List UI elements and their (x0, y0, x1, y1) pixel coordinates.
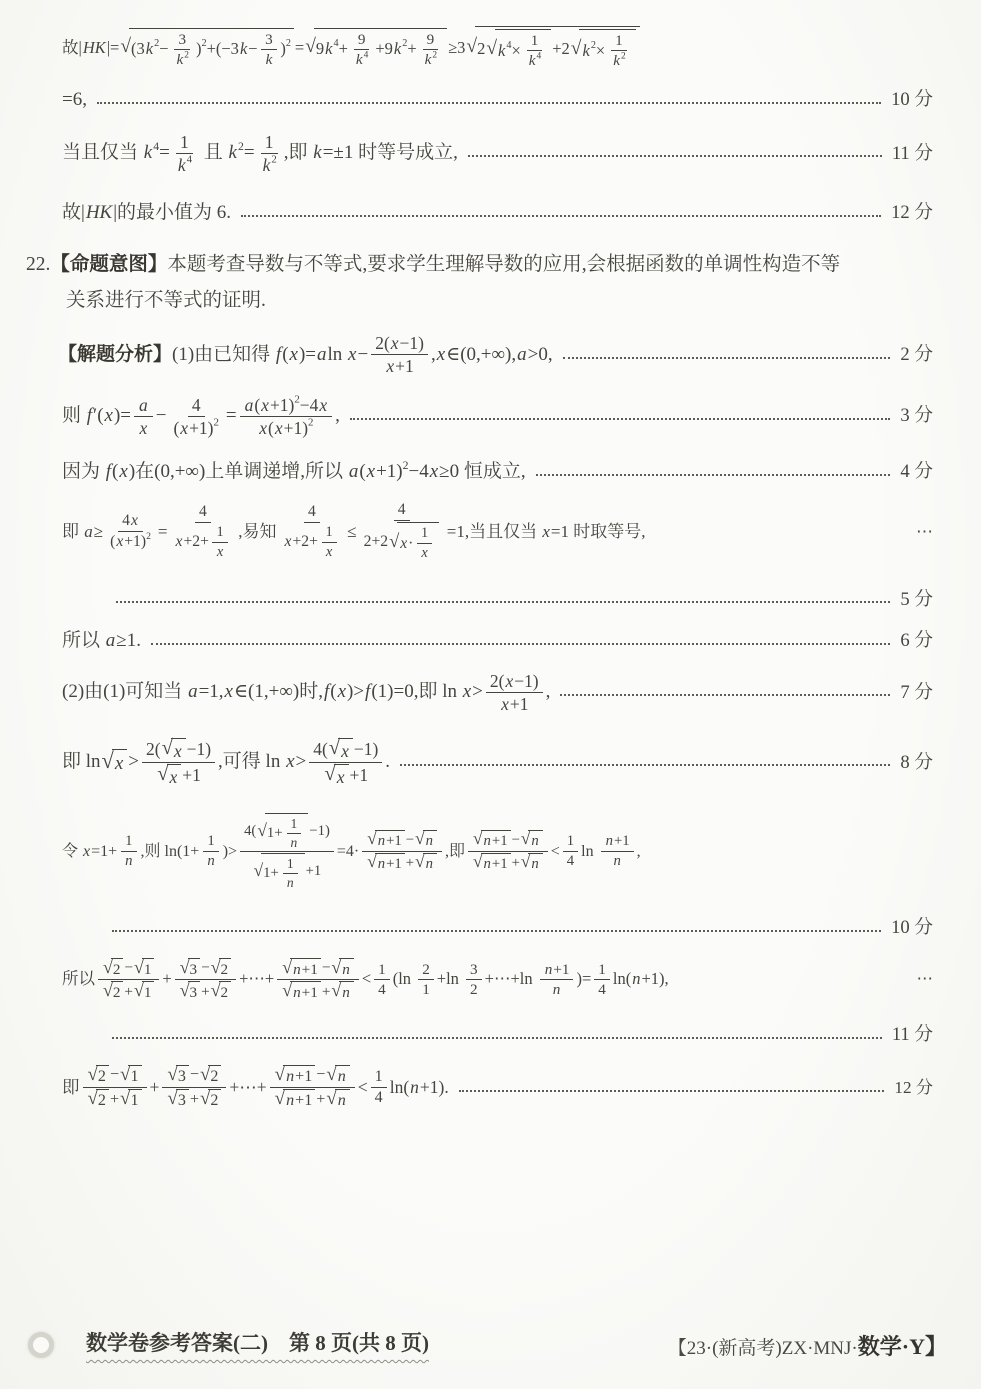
math-fraction: 14 (371, 1068, 387, 1108)
math-text: ≥1. (116, 629, 141, 653)
math-line: 令 x=1+1n,则 ln(1+1n)>4(√1+1n−1)√1+1n+1=4·… (0, 813, 981, 890)
radical-sign: √ (326, 1067, 336, 1082)
math-variable: k (612, 52, 621, 69)
math-text: 9 (427, 31, 435, 48)
fraction-denominator: x+1 (496, 693, 532, 714)
math-text: (ln (393, 969, 415, 990)
math-text: 1 (130, 1092, 138, 1111)
math-text: 1 (180, 132, 189, 152)
math-text: − (248, 39, 257, 60)
math-text: − (322, 959, 331, 976)
fraction-numerator: 4x (118, 512, 143, 532)
math-variable: k (497, 41, 506, 62)
math-fraction: 1n (202, 833, 219, 870)
math-text: +1 (182, 765, 201, 785)
radical-sign: √ (331, 960, 341, 974)
math-text: ⋯ (917, 969, 934, 990)
fraction-denominator: x(x+1)2 (254, 417, 317, 438)
dot-leader (350, 418, 891, 420)
math-variable: k (393, 39, 402, 60)
math-radical: √1 (134, 981, 154, 1001)
math-text: +1 (295, 1092, 312, 1111)
math-text: . (385, 750, 390, 774)
score-label: 4 分 (900, 460, 933, 483)
math-radical: √2 (211, 958, 231, 978)
math-fraction: ax (134, 395, 153, 438)
math-text: 4 (375, 1089, 383, 1108)
math-variable: x (260, 395, 270, 415)
fraction-numerator: √n+1−√n (270, 1065, 355, 1089)
math-text: +1 (510, 694, 529, 714)
dot-leader (563, 357, 891, 359)
math-text: 2 (477, 39, 485, 60)
math-variable: x (82, 842, 91, 862)
radicand: n+1 (283, 1065, 315, 1087)
radical-sign: √ (200, 1067, 210, 1082)
math-text: =6, (62, 88, 87, 112)
math-variable: a (187, 680, 199, 704)
math-text: +ln (437, 969, 463, 990)
radical-sign: √ (486, 41, 497, 57)
math-variable: n (483, 856, 492, 873)
math-variable: f (86, 404, 93, 428)
math-text: + (339, 39, 348, 60)
math-text: 所以 (62, 969, 95, 990)
math-text: +1 (295, 1068, 312, 1087)
math-text: 令 (62, 842, 82, 862)
math-variable: x (318, 395, 328, 415)
math-text: )> (347, 680, 364, 704)
math-text: +⋯+ln (485, 969, 537, 990)
math-variable: n (409, 1077, 420, 1099)
math-text: −1) (514, 671, 538, 691)
radical-sign: √ (275, 1067, 285, 1082)
math-variable: k (177, 155, 187, 175)
math-radical: √2 (103, 981, 123, 1001)
math-variable: a (516, 343, 528, 367)
score-label: 11 分 (892, 1023, 933, 1046)
math-variable: n (285, 1092, 295, 1111)
math-variable: n (544, 961, 554, 978)
fraction-numerator: 2(x−1) (371, 333, 428, 355)
math-text: − (110, 1066, 119, 1085)
math-variable: k (176, 51, 185, 68)
math-radical: √n+1 (367, 830, 405, 850)
math-text: 1 (207, 833, 214, 850)
math-text: +1 (386, 833, 402, 850)
math-text: 3 (178, 1068, 186, 1087)
math-text: 3 (470, 961, 478, 978)
fraction-numerator: 1 (371, 1068, 387, 1089)
math-fraction: √2−√1√2+√1 (98, 958, 159, 1002)
math-text: 1 (125, 833, 132, 850)
math-text: 1 (291, 816, 298, 832)
fraction-denominator: √3+√2 (162, 1088, 226, 1111)
score-label: 5 分 (900, 588, 933, 611)
math-line: 即√2−√1√2+√1+√3−√2√3+√2+⋯+√n+1−√n√n+1+√n<… (0, 1065, 981, 1111)
fraction-numerator: √n+1−√n (277, 958, 359, 980)
math-variable: k (228, 141, 238, 165)
math-text: (1)由已知得 (172, 343, 275, 367)
math-radical: √x (157, 764, 181, 787)
math-text: + (190, 1091, 199, 1110)
fraction-numerator: 4 (304, 503, 320, 523)
radical-sign: √ (254, 864, 264, 878)
fraction-numerator: 1 (322, 524, 337, 543)
math-variable: x (130, 512, 139, 530)
radicand: 1+1n (261, 853, 304, 890)
radical-sign: √ (473, 855, 483, 869)
math-text: 1 (130, 1068, 138, 1087)
fraction-denominator: k4 (173, 154, 196, 175)
math-fraction: 4x+2+1x (171, 503, 236, 560)
math-line: 10 分 (0, 916, 981, 939)
math-text: = (158, 521, 168, 542)
fraction-denominator: x+1 (381, 355, 417, 376)
math-text: 故| (62, 38, 82, 59)
math-variable: x (139, 418, 149, 438)
math-radical: √1+1n (257, 813, 308, 850)
radicand: n (335, 1089, 350, 1111)
math-variable: x (224, 680, 234, 704)
fraction-denominator: 4 (563, 852, 578, 870)
math-text: 2 (210, 1068, 218, 1087)
math-radical: √2 (200, 1065, 221, 1087)
math-variable: k (262, 155, 272, 175)
math-text: + (316, 1091, 325, 1110)
fraction-denominator: x+2+1x (171, 523, 236, 560)
fraction-denominator: √n+1+√n (270, 1088, 355, 1111)
radical-sign: √ (275, 1091, 285, 1106)
radical-sign: √ (103, 983, 113, 997)
math-radical: √2√k4×1k4+2√k2×1k2 (466, 26, 639, 70)
math-text: +1 (492, 856, 508, 873)
math-fraction: 42+2√x·1x (360, 501, 444, 561)
math-text: + (110, 1091, 119, 1110)
score-label: 10 分 (891, 88, 933, 111)
fraction-numerator: a (134, 395, 153, 417)
math-text: 1+ (267, 825, 283, 842)
math-line: 故|HK|的最小值为 6.12 分 (0, 201, 981, 225)
math-variable: n (612, 853, 621, 870)
section-heading: 【解题分析】 (58, 343, 172, 367)
fraction-numerator: 1 (417, 525, 432, 544)
radical-sign: √ (305, 39, 316, 55)
math-fraction: 1k2 (608, 32, 629, 70)
dot-leader (112, 1037, 882, 1039)
math-variable: x (114, 752, 124, 776)
math-text: 4( (244, 823, 256, 840)
math-variable: n (341, 961, 351, 978)
math-text: 当且仅当 (62, 141, 143, 165)
math-variable: n (631, 969, 641, 990)
radicand: x (112, 749, 127, 776)
math-line: =6,10 分 (0, 88, 981, 112)
math-text: 且 (199, 141, 228, 165)
radicand: x (338, 738, 353, 761)
math-text: −4 (409, 460, 429, 484)
math-fraction: 1x (416, 525, 432, 561)
math-variable: x (541, 521, 551, 542)
fraction-numerator: 1 (261, 132, 278, 154)
math-text: − (156, 404, 167, 428)
math-text: +⋯+ (229, 1077, 266, 1099)
math-text: ≤ (347, 521, 356, 542)
radicand: n (335, 1065, 350, 1087)
fraction-denominator: √1+1n+1 (249, 852, 326, 890)
math-variable: x (504, 671, 514, 691)
math-radical: √n (521, 830, 543, 850)
math-text: 1 (615, 32, 623, 49)
math-text: +1), (641, 969, 668, 990)
page-footer: 数学卷参考答案(二) 第 8 页(共 8 页) 【23·(新高考)ZX·MNJ·… (28, 1327, 947, 1363)
math-radical: √2 (103, 958, 123, 978)
fraction-numerator: 1 (611, 32, 627, 51)
math-text: 2+2 (364, 533, 388, 551)
math-text: − (512, 832, 520, 849)
math-variable: k (424, 51, 433, 68)
fraction-numerator: n+1 (540, 961, 574, 980)
math-fraction: 1x (321, 524, 337, 560)
fraction-denominator: n (608, 852, 625, 870)
math-text: ∈(1,+∞)时, (234, 680, 323, 704)
fraction-denominator: √2+√1 (98, 980, 159, 1001)
dot-leader (116, 601, 890, 603)
math-text: ,则 ln(1+ (141, 842, 200, 862)
fraction-numerator: 4 (394, 501, 410, 521)
math-fraction: 14 (563, 833, 578, 870)
math-text: < (358, 1077, 368, 1099)
dot-leader (560, 694, 890, 696)
math-fraction: a(x+1)2−4xx(x+1)2 (240, 395, 333, 438)
radical-sign: √ (211, 960, 221, 974)
math-radical: √3 (180, 958, 200, 978)
math-variable: n (377, 856, 386, 873)
math-fraction: √3−√2√3+√2 (162, 1065, 226, 1111)
math-radical: √3 (180, 981, 200, 1001)
fraction-denominator: √n+1+√n (362, 852, 442, 873)
radical-sign: √ (120, 1067, 130, 1082)
radicand: n (339, 981, 354, 1001)
math-text: + (124, 983, 133, 1000)
fraction-numerator: 4(√1+1n−1) (240, 813, 334, 852)
dot-leader (400, 764, 890, 766)
math-text: 则 (62, 404, 86, 428)
math-text: +1) (124, 533, 146, 551)
radicand: n+1 (375, 853, 405, 873)
fraction-numerator: a(x+1)2−4x (240, 395, 333, 417)
math-fraction: 1k2 (258, 132, 281, 175)
math-variable: x (390, 333, 400, 353)
math-line: 因为 f(x)在(0,+∞)上单调递增,所以 a(x+1)2−4x≥0 恒成立,… (0, 460, 981, 484)
math-radical: √x·1x (389, 522, 439, 561)
math-text: 故| (62, 201, 85, 225)
content-lines: 故|HK|=√(3k2−3k2)2+(−3k−3k)2=√9k4+9k4+9k2… (0, 0, 981, 1111)
radicand: n+1 (290, 958, 321, 978)
fraction-numerator: 9 (354, 31, 370, 50)
math-text: ′( (93, 404, 103, 428)
fraction-numerator: 1 (121, 833, 136, 852)
math-variable: x (173, 741, 183, 761)
math-fraction: 4(√1+1n−1)√1+1n+1 (240, 813, 334, 890)
fraction-denominator: k2 (258, 154, 281, 175)
math-text: 3 (190, 961, 198, 978)
math-text: 4 (192, 395, 201, 415)
math-variable: x (340, 741, 350, 761)
math-variable: x (325, 544, 333, 561)
document-page: 故|HK|=√(3k2−3k2)2+(−3k−3k)2=√9k4+9k4+9k2… (0, 0, 981, 1389)
radicand: k2×1k2 (579, 29, 635, 70)
math-text: 因为 (62, 460, 105, 484)
math-variable: x (385, 356, 395, 376)
math-text: − (190, 1066, 199, 1085)
math-variable: k (312, 141, 322, 165)
radical-sign: √ (120, 1091, 130, 1106)
math-radical: √n (326, 1065, 349, 1087)
radical-sign: √ (211, 983, 221, 997)
radicand: 9k4+9k4+9k2+9k2 (314, 28, 447, 69)
math-fraction: 14 (594, 961, 610, 999)
dot-leader (151, 643, 890, 645)
math-text: +1 (395, 356, 414, 376)
math-text: +9 (375, 39, 393, 60)
math-radical: √x (162, 738, 186, 761)
math-line: 关系进行不等式的证明. (0, 289, 981, 313)
math-variable: n (377, 833, 386, 850)
fraction-numerator: 3 (174, 31, 190, 50)
math-text: − (357, 343, 368, 367)
math-radical: √1+1n (254, 853, 305, 890)
math-text: 4 (308, 503, 316, 521)
math-radical: √1 (120, 1089, 141, 1111)
math-variable: n (530, 856, 539, 873)
math-radical: √n+1 (275, 1089, 316, 1111)
math-radical: √n (415, 830, 437, 850)
fraction-denominator: k4 (524, 51, 545, 69)
score-label: 10 分 (891, 916, 933, 939)
math-line: 所以 a≥1.6 分 (0, 629, 981, 653)
score-label: 2 分 (900, 343, 933, 366)
fraction-numerator: 1 (287, 816, 302, 834)
math-line: 即 ln√x>2(√x−1)√x+1,可得 ln x>4(√x−1)√x+1.8… (0, 738, 981, 787)
math-text: +2+ (183, 533, 208, 551)
math-text: +1 (386, 856, 402, 873)
math-text: = (295, 38, 304, 59)
math-radical: √1 (134, 958, 154, 978)
math-text: 3 (178, 1092, 186, 1111)
math-fraction: 9k4 (351, 31, 372, 69)
math-text: =1+ (91, 842, 117, 862)
radical-sign: √ (88, 1067, 98, 1082)
math-variable: x (366, 460, 376, 484)
math-variable: n (530, 833, 539, 850)
math-radical: √k4×1k4 (486, 29, 551, 70)
math-variable: x (169, 767, 179, 787)
fraction-numerator: 3 (466, 961, 482, 980)
math-radical: √x (329, 738, 353, 761)
radical-sign: √ (466, 39, 477, 55)
math-text: 即 (62, 1077, 80, 1099)
fraction-denominator: x (212, 543, 228, 561)
math-text: +1) (376, 460, 403, 484)
math-text: ≥ (94, 521, 103, 542)
radical-sign: √ (415, 832, 425, 846)
math-text: ,可得 ln (218, 750, 285, 774)
math-fraction: √n+1−√n√n+1+√n (362, 830, 442, 873)
math-radical: √n+1 (473, 830, 511, 850)
math-variable: a (83, 521, 94, 542)
math-text: 2 (113, 961, 121, 978)
math-text: 1 (531, 32, 539, 49)
math-text: ≥0 恒成立, (439, 460, 525, 484)
math-text: |的最小值为 6. (113, 201, 231, 225)
math-variable: a (244, 395, 255, 415)
math-radical: √k2×1k2 (571, 29, 636, 70)
math-text: > (472, 680, 483, 704)
math-variable: n (292, 961, 302, 978)
math-variable: a (348, 460, 360, 484)
math-variable: x (274, 418, 284, 438)
math-radical: √n+1 (282, 958, 321, 978)
radicand: (3k2−3k2)2+(−3k−3k)2 (129, 28, 294, 69)
math-fraction: 4(√x−1)√x+1 (309, 738, 382, 787)
math-text: 关系进行不等式的证明. (66, 289, 266, 313)
math-text: < (362, 969, 371, 990)
math-text: ln( (613, 969, 631, 990)
math-fraction: 4x(x+1)2 (106, 512, 155, 551)
math-text: 9 (358, 31, 366, 48)
math-text: − (159, 39, 168, 60)
math-text: (3 (131, 39, 145, 60)
radicand: n+1 (375, 830, 405, 850)
radical-sign: √ (521, 832, 531, 846)
math-text: > (128, 750, 139, 774)
math-text: + (406, 855, 414, 872)
radical-sign: √ (120, 39, 131, 55)
math-fraction: n+1n (540, 961, 574, 999)
math-text: ,即 (445, 842, 465, 862)
fraction-denominator: x (321, 543, 337, 561)
fraction-denominator: 4 (374, 980, 390, 998)
radical-sign: √ (103, 960, 113, 974)
score-label: 7 分 (900, 681, 933, 704)
score-label: 12 分 (894, 1077, 933, 1098)
math-text: +1 (302, 984, 318, 1001)
math-text: , (637, 842, 641, 862)
math-text: −1) (400, 333, 424, 353)
score-label: 6 分 (900, 629, 933, 652)
math-variable: n (341, 984, 351, 1001)
math-variable: n (337, 1092, 347, 1111)
math-text: >0, (528, 343, 553, 367)
math-variable: a (316, 343, 328, 367)
math-text: 2( (146, 739, 161, 759)
math-fraction: 3k (261, 31, 278, 69)
math-text: + (150, 1077, 160, 1099)
radical-sign: √ (521, 855, 531, 869)
math-radical: √3 (167, 1089, 188, 1111)
math-text: 1 (421, 525, 428, 542)
math-text: − (406, 832, 414, 849)
fraction-numerator: 2 (418, 961, 434, 980)
math-text: 本题考查导数与不等式,要求学生理解导数的应用,会根据函数的单调性构造不等 (167, 253, 840, 277)
math-variable: x (115, 533, 124, 551)
math-radical: √3 (167, 1065, 188, 1087)
math-text: ⋯ (916, 521, 933, 542)
fraction-numerator: 1 (374, 961, 390, 980)
math-variable: n (285, 1068, 295, 1087)
math-radical: √n+1 (282, 981, 321, 1001)
